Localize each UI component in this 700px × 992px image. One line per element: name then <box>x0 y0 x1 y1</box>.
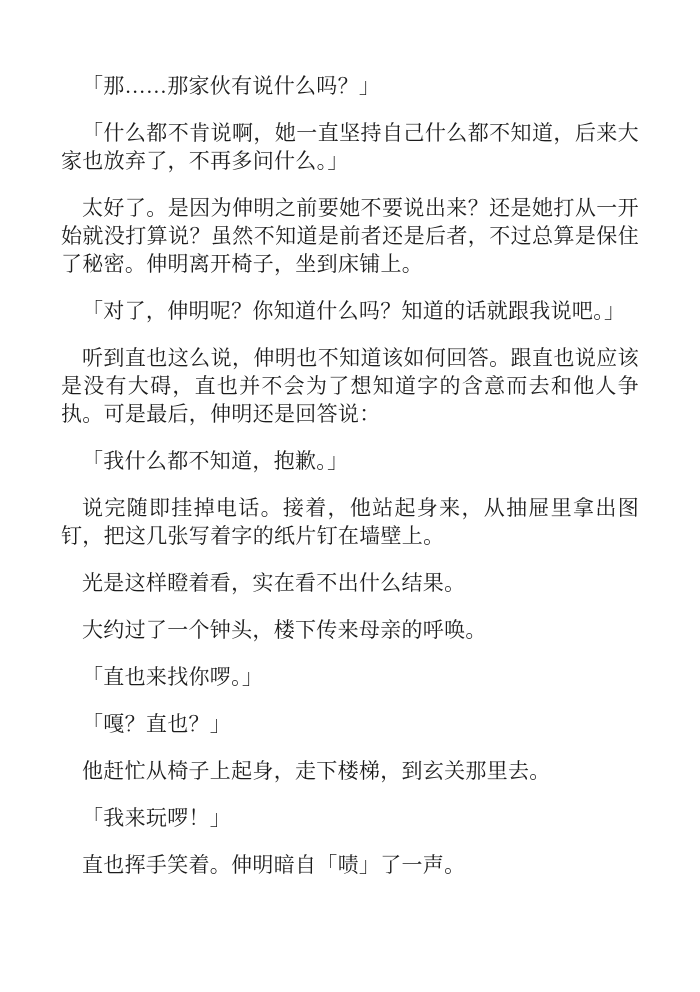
paragraph-narration: 大约过了一个钟头，楼下传来母亲的呼唤。 <box>61 616 639 644</box>
paragraph-dialogue: 「我来玩啰！」 <box>61 804 639 832</box>
paragraph-dialogue: 「直也来找你啰。」 <box>61 663 639 691</box>
paragraph-dialogue: 「我什么都不知道，抱歉。」 <box>61 447 639 475</box>
paragraph-dialogue: 「对了，伸明呢？你知道什么吗？知道的话就跟我说吧。」 <box>61 297 639 325</box>
paragraph-narration: 太好了。是因为伸明之前要她不要说出来？还是她打从一开始就没打算说？虽然不知道是前… <box>61 194 639 278</box>
paragraph-narration: 直也挥手笑着。伸明暗自「啧」了一声。 <box>61 851 639 879</box>
text-content: 「那……那家伙有说什么吗？」 「什么都不肯说啊，她一直坚持自己什么都不知道，后来… <box>61 72 639 879</box>
paragraph-narration: 说完随即挂掉电话。接着，他站起身来，从抽屉里拿出图钉，把这几张写着字的纸片钉在墙… <box>61 494 639 550</box>
paragraph-dialogue: 「什么都不肯说啊，她一直坚持自己什么都不知道，后来大家也放弃了，不再多问什么。」 <box>61 119 639 175</box>
paragraph-narration: 他赶忙从椅子上起身，走下楼梯，到玄关那里去。 <box>61 757 639 785</box>
book-page: 「那……那家伙有说什么吗？」 「什么都不肯说啊，她一直坚持自己什么都不知道，后来… <box>0 0 700 992</box>
paragraph-dialogue: 「那……那家伙有说什么吗？」 <box>61 72 639 100</box>
paragraph-narration: 听到直也这么说，伸明也不知道该如何回答。跟直也说应该是没有大碍，直也并不会为了想… <box>61 344 639 428</box>
paragraph-dialogue: 「嘎？直也？」 <box>61 710 639 738</box>
paragraph-narration: 光是这样瞪着看，实在看不出什么结果。 <box>61 569 639 597</box>
